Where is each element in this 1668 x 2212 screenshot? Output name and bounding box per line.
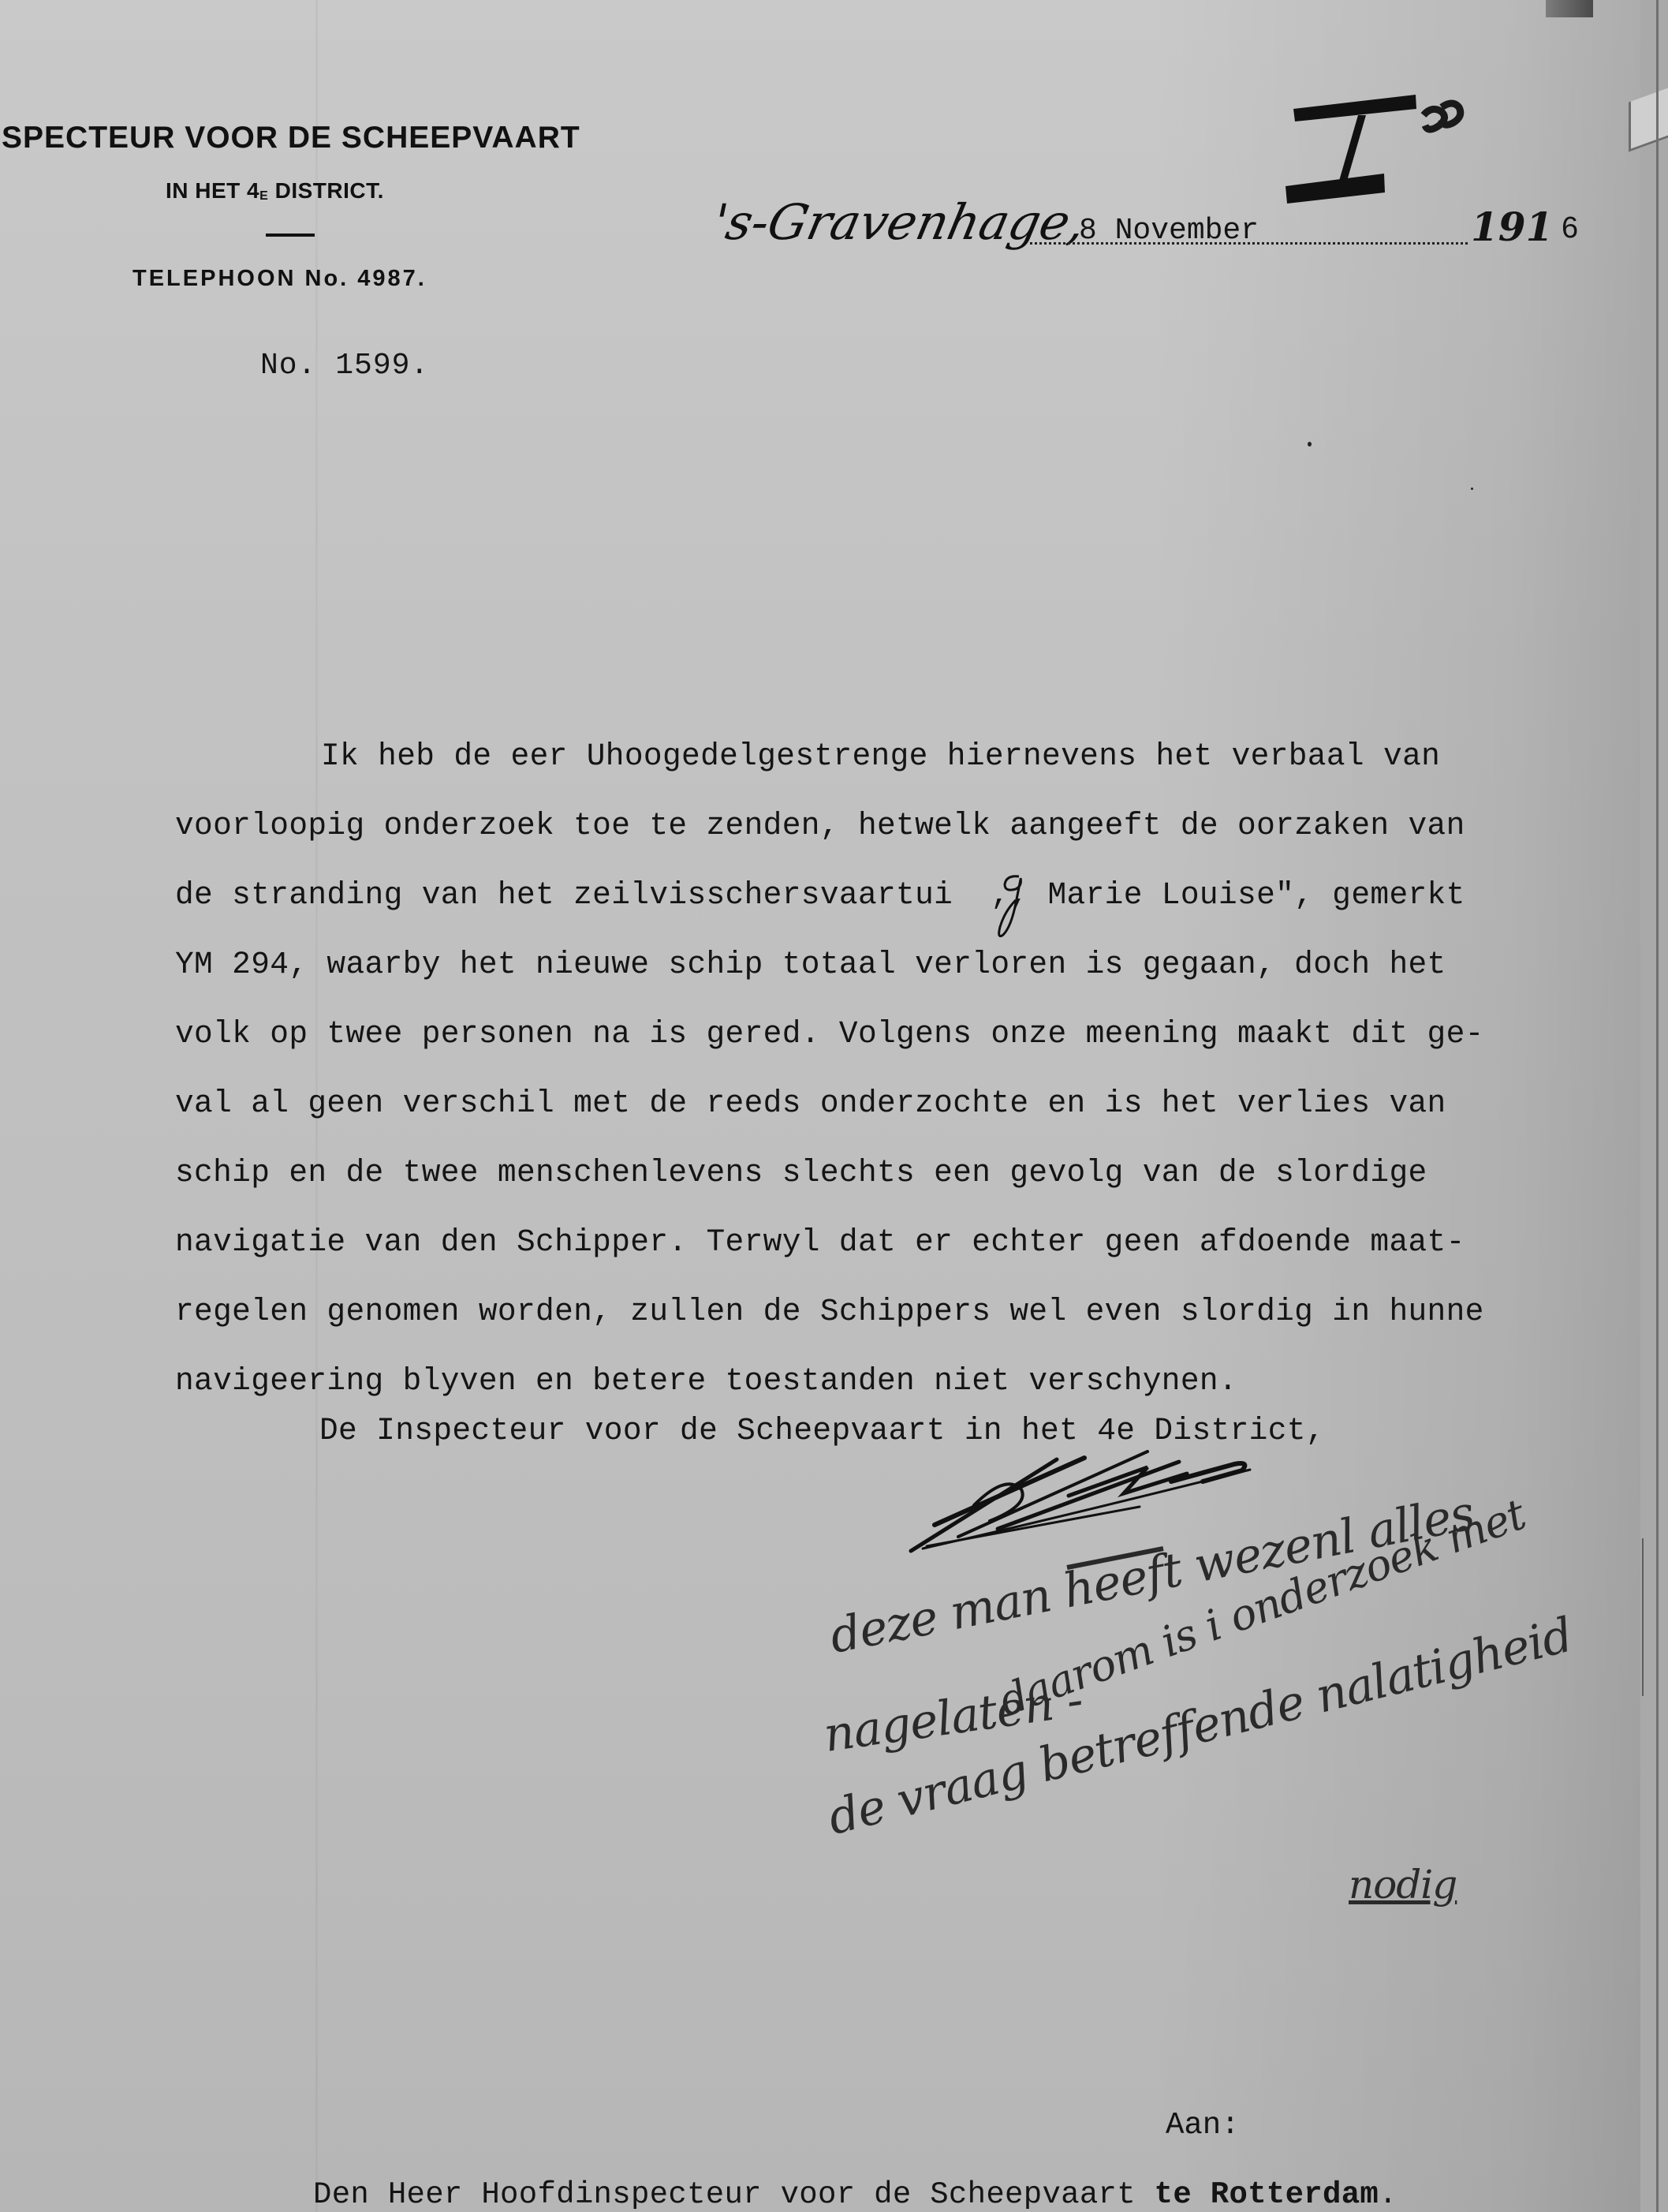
- year-typed: 6: [1562, 211, 1578, 245]
- addressee-title: Den Heer Hoofdinspecteur voor de Scheepv…: [313, 2177, 1155, 2212]
- district-prefix: IN HET 4: [166, 178, 259, 203]
- body-line: navigatie van den Schipper. Terwyl dat e…: [175, 1208, 1626, 1277]
- ink-speck: [1308, 442, 1312, 447]
- letterhead-district: IN HET 4E DISTRICT.: [166, 178, 384, 204]
- letter-date: 8 November: [1079, 214, 1259, 248]
- body-line: regelen genomen worden, zullen de Schipp…: [175, 1277, 1626, 1347]
- body-line: voorloopig onderzoek toe te zenden, hetw…: [175, 791, 1626, 861]
- letter-body: Ik heb de eer Uhoogedelgestrenge hiernev…: [175, 722, 1626, 1416]
- addressee-label: Aan:: [1166, 2108, 1240, 2143]
- note-line: nodig: [1349, 1862, 1457, 1907]
- body-line: schip en de twee menschenlevens slechts …: [175, 1138, 1626, 1208]
- page-edge-line: [1642, 1538, 1644, 1696]
- body-line: Ik heb de eer Uhoogedelgestrenge hiernev…: [175, 722, 1626, 791]
- body-line: YM 294, waarby het nieuwe schip totaal v…: [175, 930, 1626, 1000]
- body-line: navigeering blyven en betere toestanden …: [175, 1347, 1626, 1416]
- district-suffix: DISTRICT.: [268, 178, 384, 203]
- page-edge-line: [1656, 0, 1659, 2212]
- handwritten-correction-g-icon: [995, 872, 1027, 943]
- reference-number: No. 1599.: [260, 349, 429, 383]
- photo-edge-shadow: [1546, 0, 1593, 17]
- body-line: val al geen verschil met de reeds onderz…: [175, 1069, 1626, 1138]
- addressee-punctuation: .: [1379, 2177, 1397, 2212]
- letter-page: SPECTEUR VOOR DE SCHEEPVAART IN HET 4E D…: [0, 0, 1640, 2212]
- year-printed: 191: [1471, 204, 1553, 250]
- addressee-line: Den Heer Hoofdinspecteur voor de Scheepv…: [313, 2177, 1397, 2212]
- addressee-city: te Rotterdam: [1155, 2177, 1379, 2212]
- ink-speck: [1471, 488, 1473, 490]
- body-line: volk op twee personen na is gered. Volge…: [175, 1000, 1626, 1069]
- note-underline-icon: [1061, 1542, 1171, 1574]
- body-line: de stranding van het zeilvisschersvaartu…: [175, 861, 1626, 930]
- roman-numeral-annotation-icon: [1262, 85, 1483, 204]
- letterhead-divider: [266, 234, 315, 237]
- closing-line: De Inspecteur voor de Scheepvaart in het…: [319, 1413, 1325, 1448]
- handwritten-margin-note: deze man heeft wezenl alles nagelaten - …: [804, 1538, 1656, 1909]
- district-superscript: E: [259, 189, 268, 203]
- letterhead-telephone: TELEPHOON No. 4987.: [132, 266, 427, 292]
- letterhead-title: SPECTEUR VOOR DE SCHEEPVAART: [2, 121, 580, 155]
